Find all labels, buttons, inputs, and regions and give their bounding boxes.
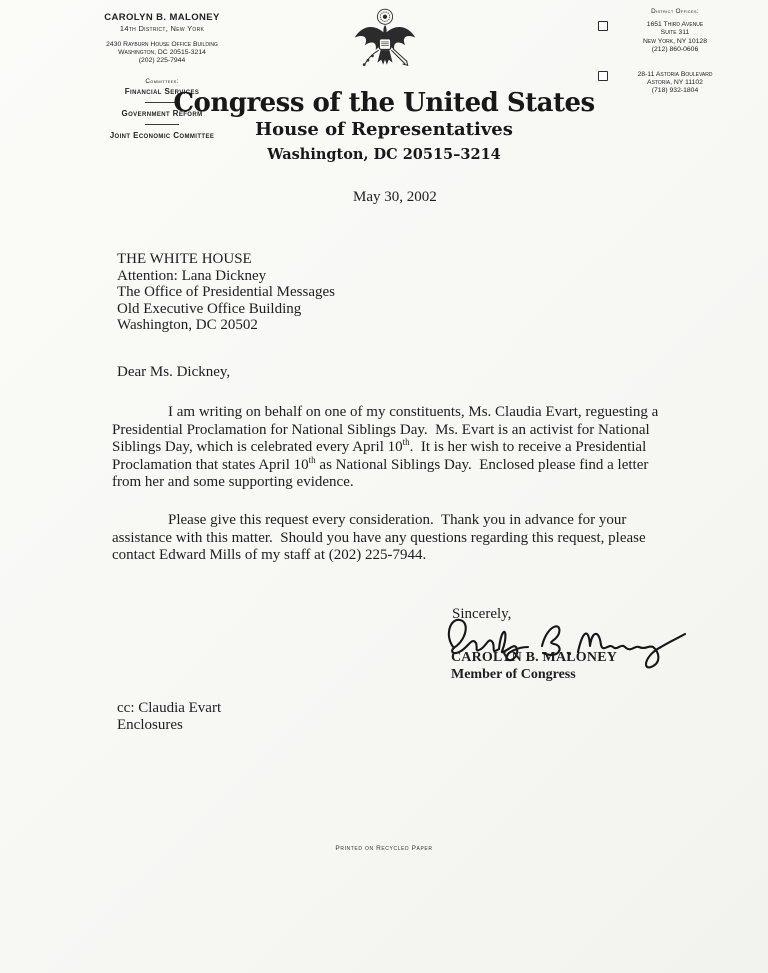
committees-label: Committees: [52, 78, 272, 85]
address-line: (202) 225-7944 [52, 57, 272, 65]
member-address: 2430 Rayburn House Office BuildingWashin… [52, 41, 272, 66]
office-line: (212) 860-0606 [596, 46, 754, 54]
recipient-line: Washington, DC 20502 [117, 317, 335, 334]
recipient-line: Old Executive Office Building [117, 301, 335, 318]
district-offices-block: District Offices: 1651 Third AvenueSuite… [596, 8, 754, 112]
member-name: CAROLYN B. MALONEY [52, 12, 272, 23]
address-line: Washington, DC 20515-3214 [52, 49, 272, 57]
masthead-address: Washington, DC 20515–3214 [0, 146, 768, 163]
enclosures-line: Enclosures [117, 717, 221, 734]
office-line: Astoria, NY 11102 [596, 79, 754, 87]
office-line: (718) 932-1804 [596, 87, 754, 95]
salutation: Dear Ms. Dickney, [117, 364, 230, 381]
signer-name: CAROLYN B. MALONEY [451, 650, 617, 666]
office-line: Suite 311 [596, 29, 754, 37]
great-seal-eagle-icon [347, 6, 423, 88]
body-paragraph: Please give this request every considera… [112, 512, 672, 565]
checkbox-icon [598, 71, 608, 81]
district-office: 28-11 Astoria BoulevardAstoria, NY 11102… [596, 71, 754, 96]
cc-block: cc: Claudia Evart Enclosures [117, 700, 221, 734]
district-office: 1651 Third AvenueSuite 311New York, NY 1… [596, 21, 754, 55]
recipient-block: THE WHITE HOUSEAttention: Lana DickneyTh… [117, 251, 335, 334]
letter-date: May 30, 2002 [353, 189, 437, 206]
office-line: 1651 Third Avenue [596, 21, 754, 29]
letter-body: I am writing on behalf on one of my cons… [112, 404, 672, 585]
address-line: 2430 Rayburn House Office Building [52, 41, 272, 49]
cc-line: cc: Claudia Evart [117, 700, 221, 717]
scanned-letter-page: CAROLYN B. MALONEY 14th District, New Yo… [0, 0, 768, 973]
district-office-list: 1651 Third AvenueSuite 311New York, NY 1… [596, 21, 754, 96]
recipient-line: THE WHITE HOUSE [117, 251, 335, 268]
body-paragraph: I am writing on behalf on one of my cons… [112, 404, 672, 492]
recycled-paper-note: Printed on Recycled Paper [0, 845, 768, 852]
office-line: 28-11 Astoria Boulevard [596, 71, 754, 79]
recipient-line: The Office of Presidential Messages [117, 284, 335, 301]
masthead-subtitle: House of Representatives [0, 119, 768, 140]
member-district: 14th District, New York [52, 24, 272, 33]
office-line: New York, NY 10128 [596, 38, 754, 46]
checkbox-icon [598, 21, 608, 31]
recipient-line: Attention: Lana Dickney [117, 268, 335, 285]
district-offices-label: District Offices: [596, 8, 754, 15]
signer-title: Member of Congress [451, 667, 576, 683]
